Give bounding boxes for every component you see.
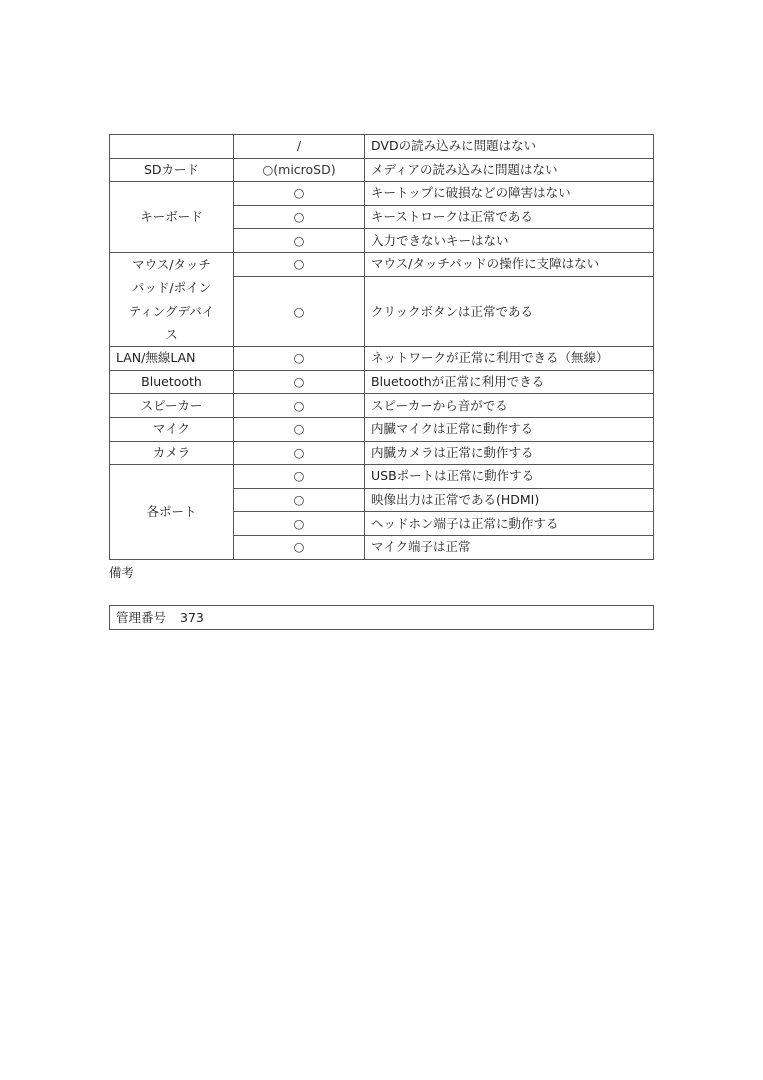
table-row: SDカード ○(microSD) メディアの読み込みに問題はない	[110, 158, 654, 182]
table-row: マウス/タッチ パッド/ポイン ティングデバイ ス ○ マウス/タッチパッドの操…	[110, 252, 654, 276]
description-cell: ネットワークが正常に利用できる（無線）	[365, 347, 654, 371]
description-cell: キーストロークは正常である	[365, 205, 654, 229]
item-line: ス	[116, 323, 227, 346]
description-cell: マイク端子は正常	[365, 535, 654, 559]
description-cell: 内臓カメラは正常に動作する	[365, 441, 654, 465]
item-line: マウス/タッチ	[116, 253, 227, 276]
description-cell: 入力できないキーはない	[365, 229, 654, 253]
management-number-value: 373	[166, 610, 204, 625]
mark-cell: ○	[234, 441, 365, 465]
item-cell: キーボード	[110, 182, 234, 253]
mark-cell: ○	[234, 229, 365, 253]
item-cell: マイク	[110, 417, 234, 441]
mark-cell: ○	[234, 417, 365, 441]
mark-cell: /	[234, 135, 365, 159]
mark-cell: ○	[234, 182, 365, 206]
mark-cell: ○	[234, 205, 365, 229]
item-cell: カメラ	[110, 441, 234, 465]
item-line: ティングデバイ	[116, 300, 227, 323]
remarks-label: 備考	[109, 563, 134, 581]
document-page: / DVDの読み込みに問題はない SDカード ○(microSD) メディアの読…	[0, 0, 763, 1080]
item-cell: LAN/無線LAN	[110, 347, 234, 371]
management-number-box: 管理番号373	[109, 605, 654, 630]
item-cell-mouse: マウス/タッチ パッド/ポイン ティングデバイ ス	[110, 252, 234, 346]
description-cell: ヘッドホン端子は正常に動作する	[365, 512, 654, 536]
table-row: / DVDの読み込みに問題はない	[110, 135, 654, 159]
description-cell: マウス/タッチパッドの操作に支障はない	[365, 252, 654, 276]
table-row: Bluetooth ○ Bluetoothが正常に利用できる	[110, 370, 654, 394]
management-number-label: 管理番号	[110, 610, 166, 625]
mark-cell: ○	[234, 252, 365, 276]
mark-cell: ○	[234, 535, 365, 559]
description-cell: Bluetoothが正常に利用できる	[365, 370, 654, 394]
mark-cell: ○	[234, 465, 365, 489]
item-cell: SDカード	[110, 158, 234, 182]
mark-cell: ○(microSD)	[234, 158, 365, 182]
table-row: 各ポート ○ USBポートは正常に動作する	[110, 465, 654, 489]
description-cell: クリックボタンは正常である	[365, 276, 654, 346]
description-cell: メディアの読み込みに問題はない	[365, 158, 654, 182]
table-row: LAN/無線LAN ○ ネットワークが正常に利用できる（無線）	[110, 347, 654, 371]
item-line: パッド/ポイン	[116, 276, 227, 299]
item-cell: スピーカー	[110, 394, 234, 418]
description-cell: キートップに破損などの障害はない	[365, 182, 654, 206]
mark-cell: ○	[234, 488, 365, 512]
inspection-checklist-table: / DVDの読み込みに問題はない SDカード ○(microSD) メディアの読…	[109, 134, 654, 560]
description-cell: 映像出力は正常である(HDMI)	[365, 488, 654, 512]
description-cell: USBポートは正常に動作する	[365, 465, 654, 489]
description-cell: 内臓マイクは正常に動作する	[365, 417, 654, 441]
table-row: スピーカー ○ スピーカーから音がでる	[110, 394, 654, 418]
mark-cell: ○	[234, 512, 365, 536]
description-cell: DVDの読み込みに問題はない	[365, 135, 654, 159]
mark-cell: ○	[234, 370, 365, 394]
mark-cell: ○	[234, 394, 365, 418]
item-cell: Bluetooth	[110, 370, 234, 394]
mark-cell: ○	[234, 276, 365, 346]
description-cell: スピーカーから音がでる	[365, 394, 654, 418]
table-row: カメラ ○ 内臓カメラは正常に動作する	[110, 441, 654, 465]
item-cell: 各ポート	[110, 465, 234, 559]
table-row: キーボード ○ キートップに破損などの障害はない	[110, 182, 654, 206]
mark-cell: ○	[234, 347, 365, 371]
item-cell	[110, 135, 234, 159]
table-row: マイク ○ 内臓マイクは正常に動作する	[110, 417, 654, 441]
